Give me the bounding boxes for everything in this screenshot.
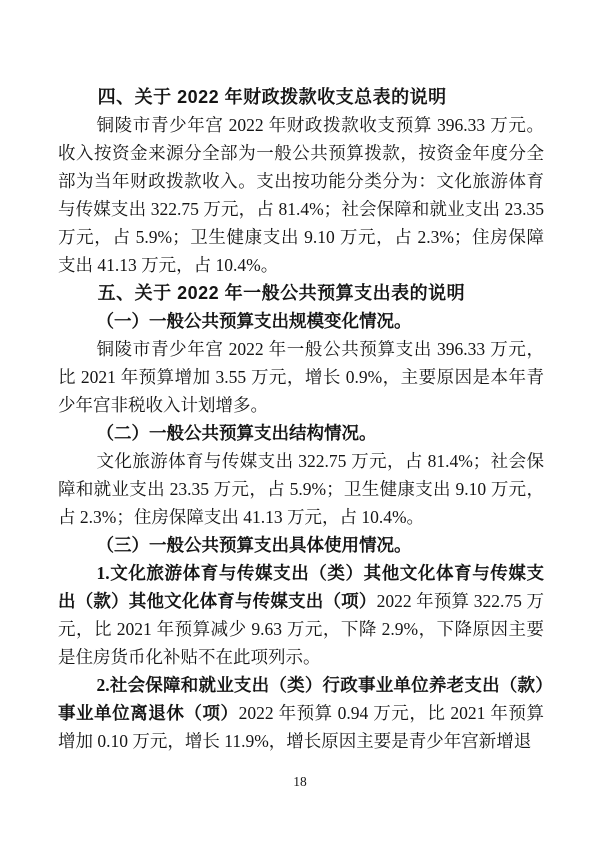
section-5-sub3-heading: （三）一般公共预算支出具体使用情况。: [58, 531, 544, 559]
expenditure-item-2-paragraph: 2.社会保障和就业支出（类）行政事业单位养老支出（款）事业单位离退休（项）202…: [58, 671, 544, 755]
section-5-sub2-heading: （二）一般公共预算支出结构情况。: [58, 419, 544, 447]
document-page: 四、关于 2022 年财政拨款收支总表的说明 铜陵市青少年宫 2022 年财政拨…: [0, 0, 600, 848]
section-5-sub2-paragraph: 文化旅游体育与传媒支出 322.75 万元，占 81.4%；社会保障和就业支出 …: [58, 447, 544, 531]
section-5-heading: 五、关于 2022 年一般公共预算支出表的说明: [58, 279, 544, 307]
document-body: 四、关于 2022 年财政拨款收支总表的说明 铜陵市青少年宫 2022 年财政拨…: [58, 83, 544, 755]
section-5-sub1-paragraph: 铜陵市青少年宫 2022 年一般公共预算支出 396.33 万元，比 2021 …: [58, 335, 544, 419]
section-4-heading: 四、关于 2022 年财政拨款收支总表的说明: [58, 83, 544, 111]
page-number: 18: [0, 772, 600, 792]
section-5-sub1-heading: （一）一般公共预算支出规模变化情况。: [58, 307, 544, 335]
section-4-paragraph: 铜陵市青少年宫 2022 年财政拨款收支预算 396.33 万元。收入按资金来源…: [58, 111, 544, 279]
expenditure-item-1-paragraph: 1.文化旅游体育与传媒支出（类）其他文化体育与传媒支出（款）其他文化体育与传媒支…: [58, 559, 544, 671]
